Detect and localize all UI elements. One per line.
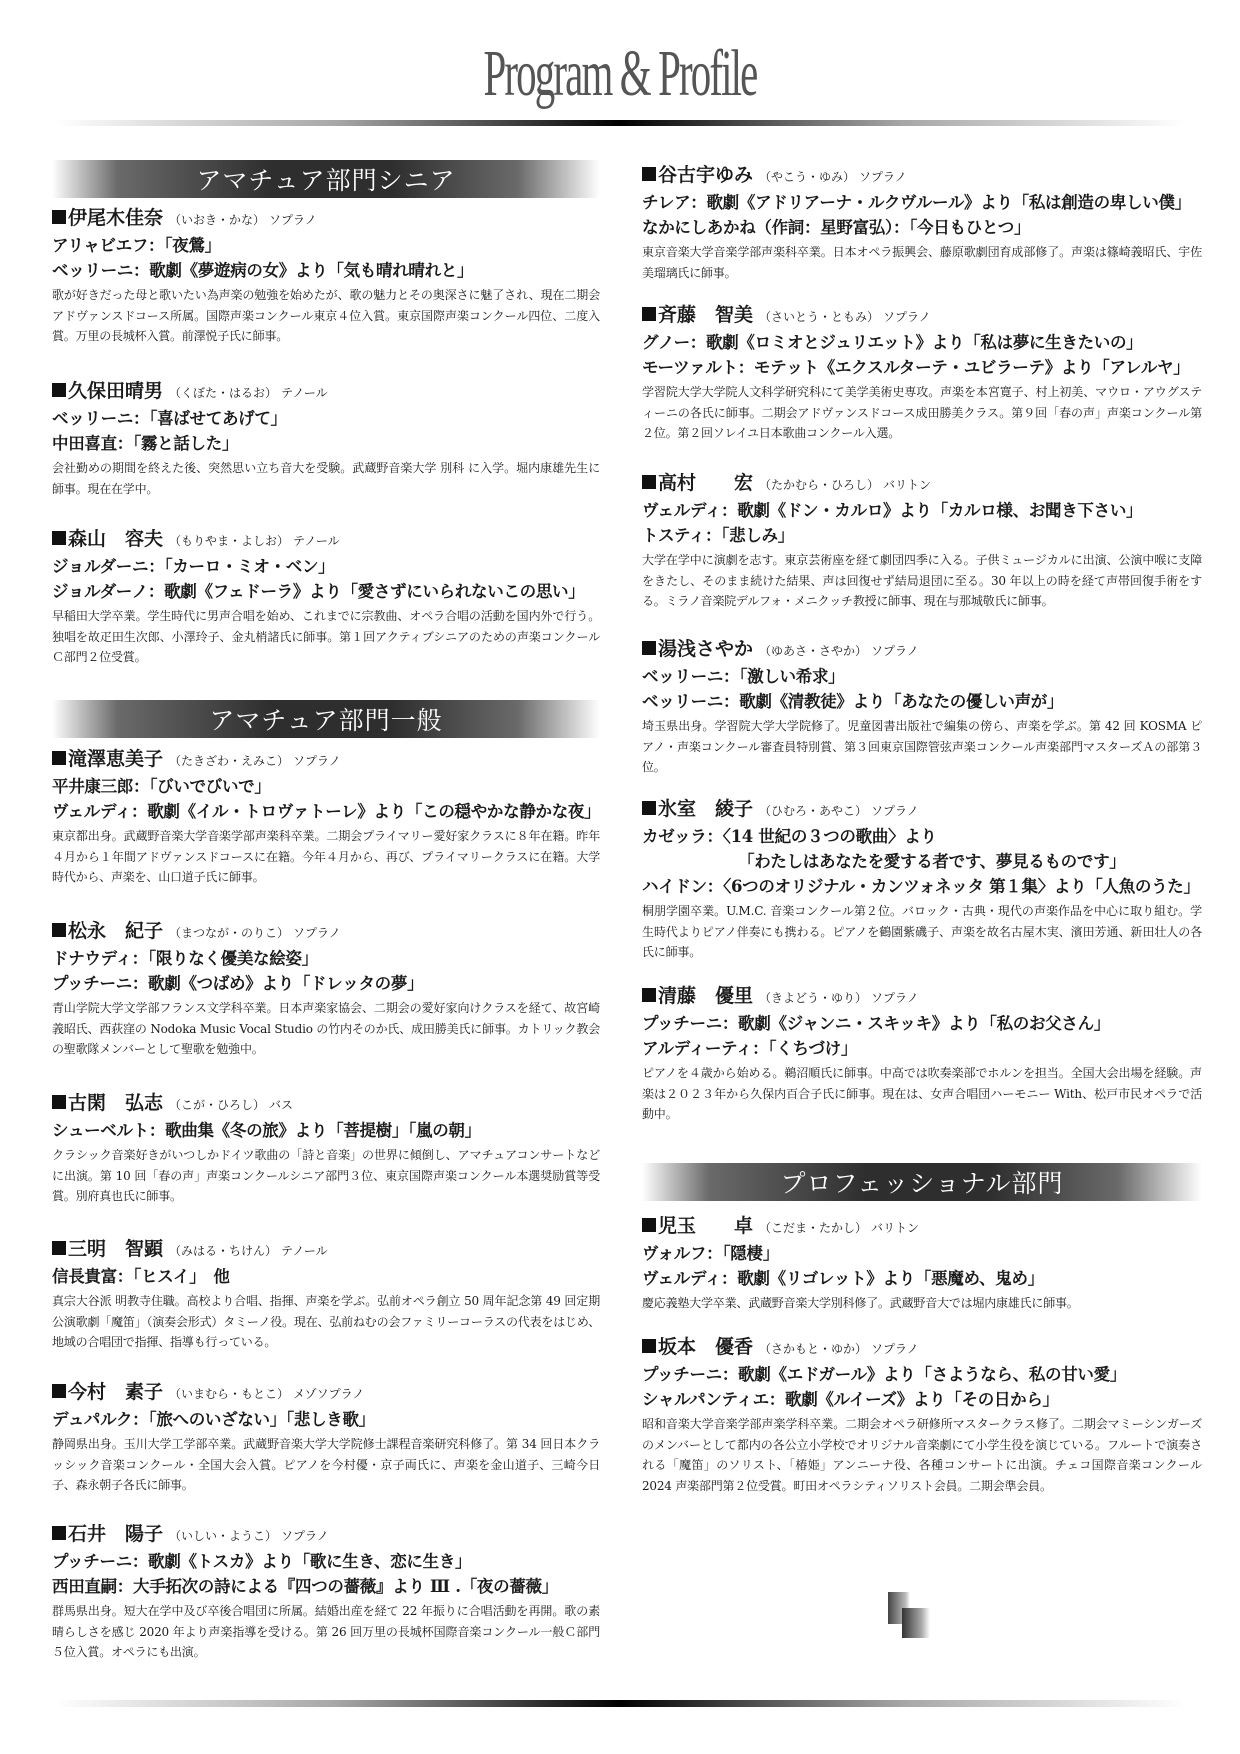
voice-type: ソプラノ: [293, 754, 341, 768]
performer-name: 滝澤恵美子: [68, 748, 163, 770]
voice-type: テノール: [293, 534, 340, 548]
program-piece: ベッリーニ：「喜ばせてあげて」: [52, 406, 600, 431]
performer-bio: 会社勤めの期間を終えた後、突然思い立ち音大を受験。武蔵野音楽大学 別科 に入学。…: [52, 458, 600, 499]
program-piece: プッチーニ：歌劇《つばめ》より「ドレッタの夢」: [52, 971, 600, 996]
square-bullet-icon: [52, 751, 66, 765]
program-piece: デュパルク：「旅へのいざない」「悲しき歌」: [52, 1407, 600, 1432]
program-piece: プッチーニ：歌劇《ジャンニ・スキッキ》より「私のお父さん」: [642, 1011, 1202, 1036]
voice-type: ソプラノ: [871, 991, 919, 1005]
performer-kana: （いおき・かな）: [169, 213, 265, 227]
program-piece: ヴェルディ：歌劇《ドン・カルロ》より「カルロ様、お聞き下さい」: [642, 498, 1202, 523]
program-piece: カゼッラ：〈14 世紀の３つの歌曲〉より: [642, 824, 1202, 849]
program-piece: トスティ：「悲しみ」: [642, 523, 1202, 548]
performer-bio: 真宗大谷派 明教寺住職。高校より合唱、指揮、声楽を学ぶ。弘前オペラ創立 50 周…: [52, 1291, 600, 1353]
performer-name-line: 児玉 卓（こだま・たかし）バリトン: [642, 1213, 1202, 1241]
performer-name-line: 石井 陽子（いしい・ようこ）ソプラノ: [52, 1521, 600, 1549]
performer-bio: 静岡県出身。玉川大学工学部卒業。武蔵野音楽大学大学院修士課程音楽研究科修了。第 …: [52, 1434, 600, 1496]
voice-type: ソプラノ: [281, 1529, 329, 1543]
program-piece: ヴェルディ：歌劇《リゴレット》より「悪魔め、鬼め」: [642, 1266, 1202, 1291]
performer-kana: （きよどう・ゆり）: [759, 991, 867, 1005]
performer-entry: 松永 紀子（まつなが・のりこ）ソプラノ ドナウディ：「限りなく優美な絵姿」 プッ…: [52, 918, 600, 1060]
performer-name: 今村 素子: [68, 1381, 163, 1403]
performer-entry: 久保田晴男（くぼた・はるお）テノール ベッリーニ：「喜ばせてあげて」 中田喜直：…: [52, 378, 600, 499]
performer-kana: （さいとう・ともみ）: [759, 310, 879, 324]
program-piece: 信長貴富：「ヒスイ」 他: [52, 1264, 600, 1289]
square-bullet-icon: [52, 1526, 66, 1540]
performer-entry: 氷室 綾子（ひむろ・あやこ）ソプラノ カゼッラ：〈14 世紀の３つの歌曲〉より …: [642, 796, 1202, 963]
program-piece: 中田喜直：「霧と話した」: [52, 431, 600, 456]
performer-name-line: 谷古宇ゆみ（やこう・ゆみ）ソプラノ: [642, 162, 1202, 190]
performer-name: 石井 陽子: [68, 1523, 163, 1545]
performer-name: 清藤 優里: [658, 985, 753, 1007]
performer-entry: 古閑 弘志（こが・ひろし）バス シューベルト：歌曲集《冬の旅》より「菩提樹」「嵐…: [52, 1090, 600, 1207]
square-bullet-icon: [642, 988, 656, 1002]
square-bullet-icon: [642, 1218, 656, 1232]
performer-name: 古閑 弘志: [68, 1092, 163, 1114]
program-piece: グノー：歌劇《ロミオとジュリエット》より「私は夢に生きたいの」: [642, 330, 1202, 355]
section-title: プロフェッショナル部門: [780, 1164, 1063, 1200]
performer-bio: 埼玉県出身。学習院大学大学院修了。児童図書出版社で編集の傍ら、声楽を学ぶ。第 4…: [642, 716, 1202, 778]
performer-entry: 高村 宏（たかむら・ひろし）バリトン ヴェルディ：歌劇《ドン・カルロ》より「カル…: [642, 470, 1202, 612]
performer-entry: 伊尾木佳奈（いおき・かな）ソプラノ アリャビエフ：「夜鶯」 ベッリーニ：歌劇《夢…: [52, 205, 600, 347]
performer-bio: 学習院大学大学院人文科学研究科にて美学美術史専攻。声楽を本宮寛子、村上初美、マウ…: [642, 382, 1202, 444]
performer-name-line: 古閑 弘志（こが・ひろし）バス: [52, 1090, 600, 1118]
square-bullet-icon: [642, 475, 656, 489]
program-piece: プッチーニ：歌劇《エドガール》より「さようなら、私の甘い愛」: [642, 1362, 1202, 1387]
voice-type: ソプラノ: [871, 1342, 919, 1356]
performer-name: 湯浅さやか: [658, 638, 753, 660]
program-piece: モーツァルト：モテット《エクスルターテ・ユビラーテ》より「アレルヤ」: [642, 355, 1202, 380]
section-header-amateur-general: アマチュア部門一般: [52, 700, 600, 738]
section-title: アマチュア部門シニア: [196, 161, 455, 197]
square-bullet-icon: [642, 641, 656, 655]
performer-name-line: 松永 紀子（まつなが・のりこ）ソプラノ: [52, 918, 600, 946]
performer-name-line: 高村 宏（たかむら・ひろし）バリトン: [642, 470, 1202, 498]
bottom-divider: [55, 1700, 1185, 1707]
voice-type: バリトン: [871, 1221, 919, 1235]
voice-type: ソプラノ: [859, 170, 907, 184]
performer-entry: 今村 素子（いまむら・もとこ）メゾソプラノ デュパルク：「旅へのいざない」「悲し…: [52, 1379, 600, 1496]
performer-kana: （こだま・たかし）: [759, 1221, 867, 1235]
logo-mark-icon: [888, 1592, 938, 1642]
performer-kana: （いしい・ようこ）: [169, 1529, 277, 1543]
performer-name: 坂本 優香: [658, 1336, 753, 1358]
performer-kana: （たかむら・ひろし）: [759, 478, 879, 492]
performer-name-line: 伊尾木佳奈（いおき・かな）ソプラノ: [52, 205, 600, 233]
performer-entry: 三明 智顕（みはる・ちけん）テノール 信長貴富：「ヒスイ」 他 真宗大谷派 明教…: [52, 1236, 600, 1353]
program-piece: 西田直嗣：大手拓次の詩による『四つの薔薇』より Ⅲ .「夜の薔薇」: [52, 1574, 600, 1599]
program-piece: 平井康三郎：「びいでびいで」: [52, 774, 600, 799]
performer-name-line: 清藤 優里（きよどう・ゆり）ソプラノ: [642, 983, 1202, 1011]
performer-name-line: 滝澤恵美子（たきざわ・えみこ）ソプラノ: [52, 746, 600, 774]
voice-type: ソプラノ: [293, 926, 341, 940]
square-bullet-icon: [52, 1384, 66, 1398]
performer-bio: 桐朋学園卒業。U.M.C. 音楽コンクール第２位。バロック・古典・現代の声楽作品…: [642, 901, 1202, 963]
performer-bio: 東京音楽大学音楽学部声楽科卒業。日本オペラ振興会、藤原歌劇団育成部修了。声楽は篠…: [642, 242, 1202, 283]
performer-bio: 歌が好きだった母と歌いたい為声楽の勉強を始めたが、歌の魅力とその奥深さに魅了され…: [52, 285, 600, 347]
performer-kana: （こが・ひろし）: [169, 1098, 265, 1112]
performer-kana: （ゆあさ・さやか）: [759, 644, 867, 658]
performer-bio: 早稲田大学卒業。学生時代に男声合唱を始め、これまでに宗教曲、オペラ合唱の活動を国…: [52, 606, 600, 668]
voice-type: ソプラノ: [871, 644, 919, 658]
section-header-amateur-senior: アマチュア部門シニア: [52, 160, 600, 198]
voice-type: ソプラノ: [871, 804, 919, 818]
performer-kana: （いまむら・もとこ）: [169, 1387, 289, 1401]
page-title: Program & Profile: [236, 38, 1005, 110]
performer-entry: 谷古宇ゆみ（やこう・ゆみ）ソプラノ チレア：歌劇《アドリアーナ・ルクヴルール》よ…: [642, 162, 1202, 283]
program-piece: ハイドン：〈6つのオリジナル・カンツォネッタ 第１集〉より「人魚のうた」: [642, 874, 1202, 899]
performer-kana: （ひむろ・あやこ）: [759, 804, 867, 818]
voice-type: バス: [269, 1098, 293, 1112]
program-piece: ヴェルディ：歌劇《イル・トロヴァトーレ》より「この穏やかな静かな夜」: [52, 799, 600, 824]
program-piece: なかにしあかね（作詞：星野富弘）：「今日もひとつ」: [642, 215, 1202, 240]
square-bullet-icon: [642, 1339, 656, 1353]
performer-name: 氷室 綾子: [658, 798, 753, 820]
performer-name-line: 今村 素子（いまむら・もとこ）メゾソプラノ: [52, 1379, 600, 1407]
performer-name: 児玉 卓: [658, 1215, 753, 1237]
logo-square-front: [902, 1608, 930, 1638]
performer-entry: 斉藤 智美（さいとう・ともみ）ソプラノ グノー：歌劇《ロミオとジュリエット》より…: [642, 302, 1202, 444]
top-divider: [55, 120, 1185, 126]
square-bullet-icon: [52, 210, 66, 224]
square-bullet-icon: [52, 923, 66, 937]
square-bullet-icon: [52, 383, 66, 397]
performer-kana: （くぼた・はるお）: [169, 386, 277, 400]
square-bullet-icon: [642, 801, 656, 815]
voice-type: メゾソプラノ: [293, 1387, 364, 1401]
program-piece: ヴォルフ：「隠棲」: [642, 1241, 1202, 1266]
performer-entry: 児玉 卓（こだま・たかし）バリトン ヴォルフ：「隠棲」 ヴェルディ：歌劇《リゴレ…: [642, 1213, 1202, 1314]
performer-kana: （もりやま・よしお）: [169, 534, 289, 548]
performer-name: 森山 容夫: [68, 528, 163, 550]
square-bullet-icon: [642, 167, 656, 181]
voice-type: テノール: [281, 386, 328, 400]
performer-name-line: 三明 智顕（みはる・ちけん）テノール: [52, 1236, 600, 1264]
performer-name: 斉藤 智美: [658, 304, 753, 326]
performer-kana: （やこう・ゆみ）: [759, 170, 855, 184]
performer-bio: 大学在学中に演劇を志す。東京芸術座を経て劇団四季に入る。子供ミュージカルに出演、…: [642, 550, 1202, 612]
program-piece: ベッリーニ：「激しい希求」: [642, 664, 1202, 689]
performer-name: 高村 宏: [658, 472, 753, 494]
performer-name: 三明 智顕: [68, 1238, 163, 1260]
performer-bio: クラシック音楽好きがいつしかドイツ歌曲の「詩と音楽」の世界に傾倒し、アマチュアコ…: [52, 1145, 600, 1207]
program-piece: アリャビエフ：「夜鶯」: [52, 233, 600, 258]
performer-name-line: 斉藤 智美（さいとう・ともみ）ソプラノ: [642, 302, 1202, 330]
performer-bio: 慶応義塾大学卒業、武蔵野音楽大学別科修了。武蔵野音大では堀内康雄氏に師事。: [642, 1293, 1202, 1314]
performer-entry: 石井 陽子（いしい・ようこ）ソプラノ プッチーニ：歌劇《トスカ》より「歌に生き、…: [52, 1521, 600, 1663]
program-piece: ジョルダーニ：「カーロ・ミオ・ベン」: [52, 554, 600, 579]
performer-name: 谷古宇ゆみ: [658, 164, 753, 186]
square-bullet-icon: [52, 531, 66, 545]
performer-name-line: 氷室 綾子（ひむろ・あやこ）ソプラノ: [642, 796, 1202, 824]
performer-bio: 群馬県出身。短大在学中及び卒後合唱団に所属。結婚出産を経て 22 年振りに合唱活…: [52, 1601, 600, 1663]
square-bullet-icon: [52, 1095, 66, 1109]
voice-type: テノール: [281, 1244, 328, 1258]
performer-name: 久保田晴男: [68, 380, 163, 402]
square-bullet-icon: [52, 1241, 66, 1255]
performer-entry: 森山 容夫（もりやま・よしお）テノール ジョルダーニ：「カーロ・ミオ・ベン」 ジ…: [52, 526, 600, 668]
performer-name-line: 久保田晴男（くぼた・はるお）テノール: [52, 378, 600, 406]
voice-type: バリトン: [883, 478, 931, 492]
program-piece: ジョルダーノ：歌劇《フェドーラ》より「愛さずにいられないこの思い」: [52, 579, 600, 604]
program-piece: 「わたしはあなたを愛する者です、夢見るものです」: [642, 849, 1202, 874]
section-title: アマチュア部門一般: [209, 701, 442, 737]
performer-bio: 昭和音楽大学音楽学部声楽学科卒業。二期会オペラ研修所マスタークラス修了。二期会マ…: [642, 1414, 1202, 1496]
program-piece: シャルパンティエ：歌劇《ルイーズ》より「その日から」: [642, 1387, 1202, 1412]
voice-type: ソプラノ: [269, 213, 317, 227]
performer-name-line: 坂本 優香（さかもと・ゆか）ソプラノ: [642, 1334, 1202, 1362]
performer-bio: ピアノを４歳から始める。鵜沼順氏に師事。中高では吹奏楽部でホルンを担当。全国大会…: [642, 1063, 1202, 1125]
performer-bio: 青山学院大学文学部フランス文学科卒業。日本声楽家協会、二期会の愛好家向けクラスを…: [52, 998, 600, 1060]
performer-kana: （たきざわ・えみこ）: [169, 754, 289, 768]
program-piece: シューベルト：歌曲集《冬の旅》より「菩提樹」「嵐の朝」: [52, 1118, 600, 1143]
performer-kana: （みはる・ちけん）: [169, 1244, 277, 1258]
performer-name-line: 森山 容夫（もりやま・よしお）テノール: [52, 526, 600, 554]
performer-entry: 坂本 優香（さかもと・ゆか）ソプラノ プッチーニ：歌劇《エドガール》より「さよう…: [642, 1334, 1202, 1496]
program-piece: プッチーニ：歌劇《トスカ》より「歌に生き、恋に生き」: [52, 1549, 600, 1574]
performer-name: 松永 紀子: [68, 920, 163, 942]
performer-bio: 東京都出身。武蔵野音楽大学音楽学部声楽科卒業。二期会プライマリー愛好家クラスに８…: [52, 826, 600, 888]
performer-kana: （さかもと・ゆか）: [759, 1342, 867, 1356]
performer-entry: 湯浅さやか（ゆあさ・さやか）ソプラノ ベッリーニ：「激しい希求」 ベッリーニ：歌…: [642, 636, 1202, 778]
performer-name-line: 湯浅さやか（ゆあさ・さやか）ソプラノ: [642, 636, 1202, 664]
performer-entry: 清藤 優里（きよどう・ゆり）ソプラノ プッチーニ：歌劇《ジャンニ・スキッキ》より…: [642, 983, 1202, 1125]
performer-kana: （まつなが・のりこ）: [169, 926, 289, 940]
program-piece: ベッリーニ：歌劇《清教徒》より「あなたの優しい声が」: [642, 689, 1202, 714]
square-bullet-icon: [642, 307, 656, 321]
performer-entry: 滝澤恵美子（たきざわ・えみこ）ソプラノ 平井康三郎：「びいでびいで」 ヴェルディ…: [52, 746, 600, 888]
program-piece: チレア：歌劇《アドリアーナ・ルクヴルール》より「私は創造の卑しい僕」: [642, 190, 1202, 215]
program-piece: アルディーティ：「くちづけ」: [642, 1036, 1202, 1061]
performer-name: 伊尾木佳奈: [68, 207, 163, 229]
program-piece: ベッリーニ：歌劇《夢遊病の女》より「気も晴れ晴れと」: [52, 258, 600, 283]
program-piece: ドナウディ：「限りなく優美な絵姿」: [52, 946, 600, 971]
voice-type: ソプラノ: [883, 310, 931, 324]
section-header-professional: プロフェッショナル部門: [642, 1163, 1202, 1201]
